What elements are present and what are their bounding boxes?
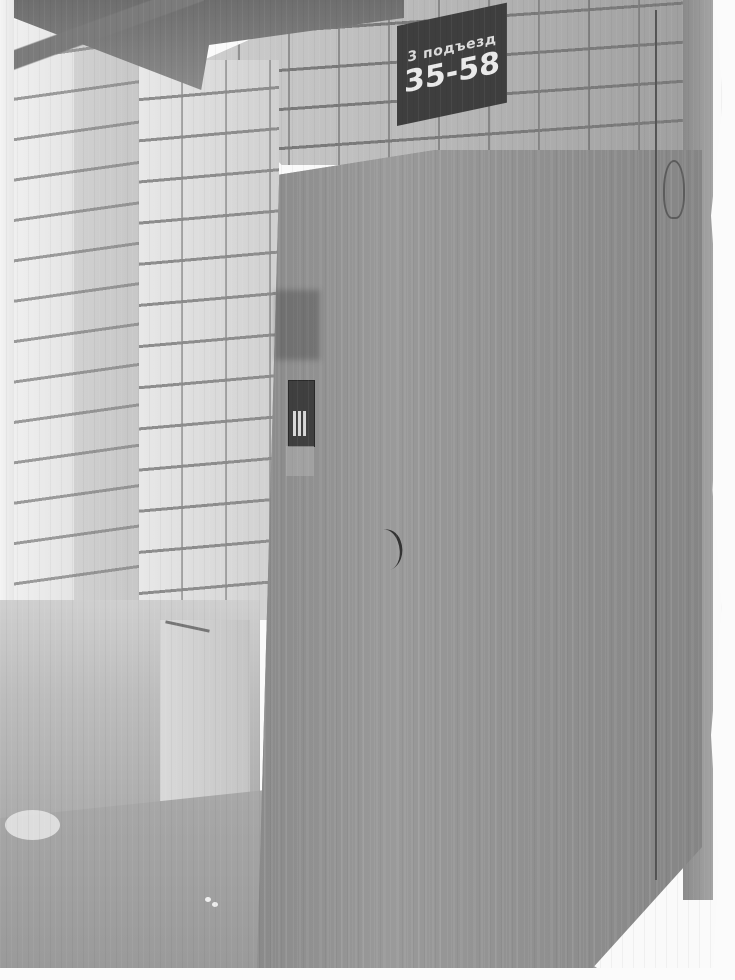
paper-edge-bottom	[0, 968, 735, 980]
metal-door	[257, 150, 702, 970]
canopy-beam	[14, 0, 204, 95]
entrance-photo: 3 подъезд 35-58	[0, 0, 735, 980]
snow-patch	[5, 810, 60, 840]
intercom-mount	[286, 446, 314, 476]
debris	[205, 897, 211, 902]
pillar-shadow	[74, 40, 139, 610]
graffiti-smudge	[275, 290, 320, 360]
hinge-icon	[663, 160, 685, 219]
concrete-base-corner	[160, 620, 250, 820]
debris	[212, 902, 218, 907]
paper-edge-left	[0, 0, 14, 610]
brick-wall	[139, 60, 279, 620]
intercom-keypad[interactable]	[293, 411, 308, 436]
door-edge-line	[655, 10, 657, 880]
